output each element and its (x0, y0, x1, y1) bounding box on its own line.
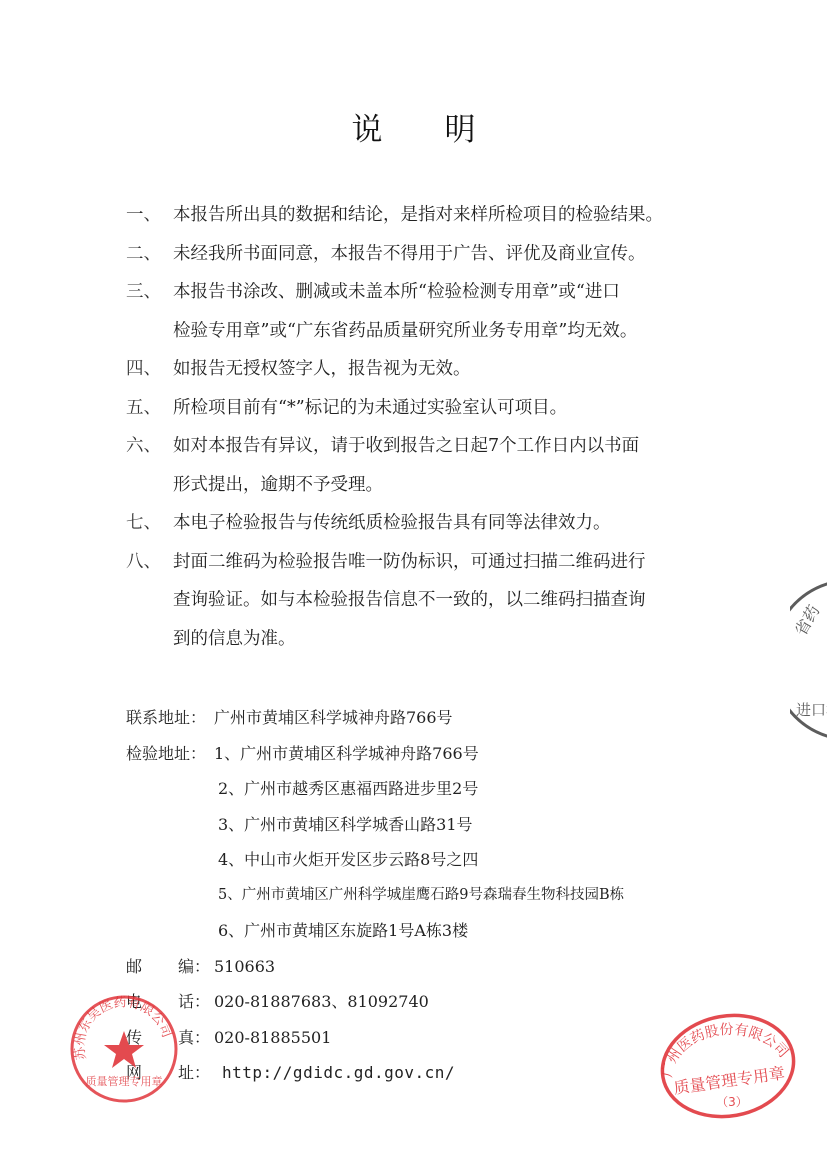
notice-item-4: 四、 如报告无授权签字人，报告视为无效。 (126, 350, 746, 389)
item-number: 五、 (126, 389, 172, 428)
test-address-6: 6、广州市黄埔区东旋路1号A栋3楼 (218, 913, 468, 949)
item-number: 八、 (126, 543, 172, 582)
notice-item-1: 一、 本报告所出具的数据和结论，是指对来样所检项目的检验结果。 (126, 196, 746, 235)
item-text: 本报告所出具的数据和结论，是指对来样所检项目的检验结果。 (173, 196, 746, 235)
fax-row: 传真： 020-81885501 (126, 1020, 766, 1056)
edge-seal-text-b: 进口检 (796, 701, 827, 719)
website-link[interactable]: http://gdidc.gd.gov.cn/ (222, 1055, 455, 1091)
postcode-value: 510663 (214, 949, 275, 985)
edge-seal-text-a: 省药 (791, 602, 823, 639)
contact-address-label: 联系地址： (126, 700, 206, 736)
contact-info: 联系地址： 广州市黄埔区科学城神舟路766号 检验地址： 1、广州市黄埔区科学城… (126, 700, 766, 1091)
item-text: 到的信息为准。 (173, 620, 746, 659)
contact-address-row: 联系地址： 广州市黄埔区科学城神舟路766号 (126, 700, 766, 736)
title-char-2: 明 (445, 104, 476, 149)
item-number: 七、 (126, 504, 172, 543)
test-address-3: 3、广州市黄埔区科学城香山路31号 (218, 807, 473, 843)
notice-item-6: 六、 如对本报告有异议，请于收到报告之日起7个工作日内以书面 形式提出，逾期不予… (126, 427, 746, 504)
test-address-2: 2、广州市越秀区惠福西路进步里2号 (218, 771, 478, 807)
item-number: 四、 (126, 350, 172, 389)
postcode-row: 邮编： 510663 (126, 949, 766, 985)
phone-row: 电话： 020-81887683、81092740 (126, 984, 766, 1020)
notice-item-7: 七、 本电子检验报告与传统纸质检验报告具有同等法律效力。 (126, 504, 746, 543)
page-title: 说明 (0, 104, 827, 149)
item-text: 封面二维码为检验报告唯一防伪标识，可通过扫描二维码进行 (173, 543, 746, 582)
test-address-1: 1、广州市黄埔区科学城神舟路766号 (214, 736, 479, 772)
test-address-4: 4、中山市火炬开发区步云路8号之四 (218, 842, 478, 878)
notice-list: 一、 本报告所出具的数据和结论，是指对来样所检项目的检验结果。 二、 未经我所书… (126, 196, 746, 658)
fax-value: 020-81885501 (214, 1020, 331, 1056)
test-address-row-2: 2、广州市越秀区惠福西路进步里2号 (126, 771, 766, 807)
contact-address-value: 广州市黄埔区科学城神舟路766号 (214, 700, 453, 736)
label-char: 编： (178, 949, 210, 985)
label-char: 真： (178, 1020, 210, 1056)
test-address-row-5: 5、广州市黄埔区广州科学城崖鹰石路9号森瑞春生物科技园B栋 (126, 878, 766, 914)
item-text: 如报告无授权签字人，报告视为无效。 (173, 350, 746, 389)
phone-label: 电话： (126, 984, 210, 1020)
web-label: 网址： (126, 1055, 210, 1091)
item-text: 未经我所书面同意，本报告不得用于广告、评优及商业宣传。 (173, 235, 746, 274)
item-number: 二、 (126, 235, 172, 274)
phone-value: 020-81887683、81092740 (214, 984, 429, 1020)
label-char: 话： (178, 984, 210, 1020)
test-address-row: 检验地址： 1、广州市黄埔区科学城神舟路766号 (126, 736, 766, 772)
notice-item-5: 五、 所检项目前有“*”标记的为未通过实验室认可项目。 (126, 389, 746, 428)
item-text: 所检项目前有“*”标记的为未通过实验室认可项目。 (173, 389, 746, 428)
item-number: 六、 (126, 427, 172, 466)
seal-right-number: （3） (716, 1095, 748, 1109)
test-address-row-4: 4、中山市火炬开发区步云路8号之四 (126, 842, 766, 878)
test-address-label: 检验地址： (126, 736, 206, 772)
item-text: 本电子检验报告与传统纸质检验报告具有同等法律效力。 (173, 504, 746, 543)
label-char: 网 (126, 1055, 142, 1091)
item-number: 三、 (126, 273, 172, 312)
item-number: 一、 (126, 196, 172, 235)
item-text: 检验专用章”或“广东省药品质量研究所业务专用章”均无效。 (173, 312, 746, 351)
partial-seal-edge-icon: 省药 进口检 (790, 575, 827, 745)
item-text: 查询验证。如与本检验报告信息不一致的，以二维码扫描查询 (173, 581, 746, 620)
label-char: 传 (126, 1020, 142, 1056)
notice-item-3: 三、 本报告书涂改、删减或未盖本所“检验检测专用章”或“进口 检验专用章”或“广… (126, 273, 746, 350)
notice-item-8: 八、 封面二维码为检验报告唯一防伪标识，可通过扫描二维码进行 查询验证。如与本检… (126, 543, 746, 659)
test-address-5: 5、广州市黄埔区广州科学城崖鹰石路9号森瑞春生物科技园B栋 (218, 878, 624, 914)
label-char: 电 (126, 984, 142, 1020)
item-text: 本报告书涂改、删减或未盖本所“检验检测专用章”或“进口 (173, 273, 746, 312)
item-text: 如对本报告有异议，请于收到报告之日起7个工作日内以书面 (173, 427, 746, 466)
test-address-row-3: 3、广州市黄埔区科学城香山路31号 (126, 807, 766, 843)
fax-label: 传真： (126, 1020, 210, 1056)
notice-item-2: 二、 未经我所书面同意，本报告不得用于广告、评优及商业宣传。 (126, 235, 746, 274)
label-char: 邮 (126, 949, 142, 985)
postcode-label: 邮编： (126, 949, 210, 985)
web-row: 网址： http://gdidc.gd.gov.cn/ (126, 1055, 766, 1091)
item-text: 形式提出，逾期不予受理。 (173, 466, 746, 505)
label-char: 址： (178, 1055, 210, 1091)
test-address-row-6: 6、广州市黄埔区东旋路1号A栋3楼 (126, 913, 766, 949)
title-char-1: 说 (352, 104, 383, 149)
